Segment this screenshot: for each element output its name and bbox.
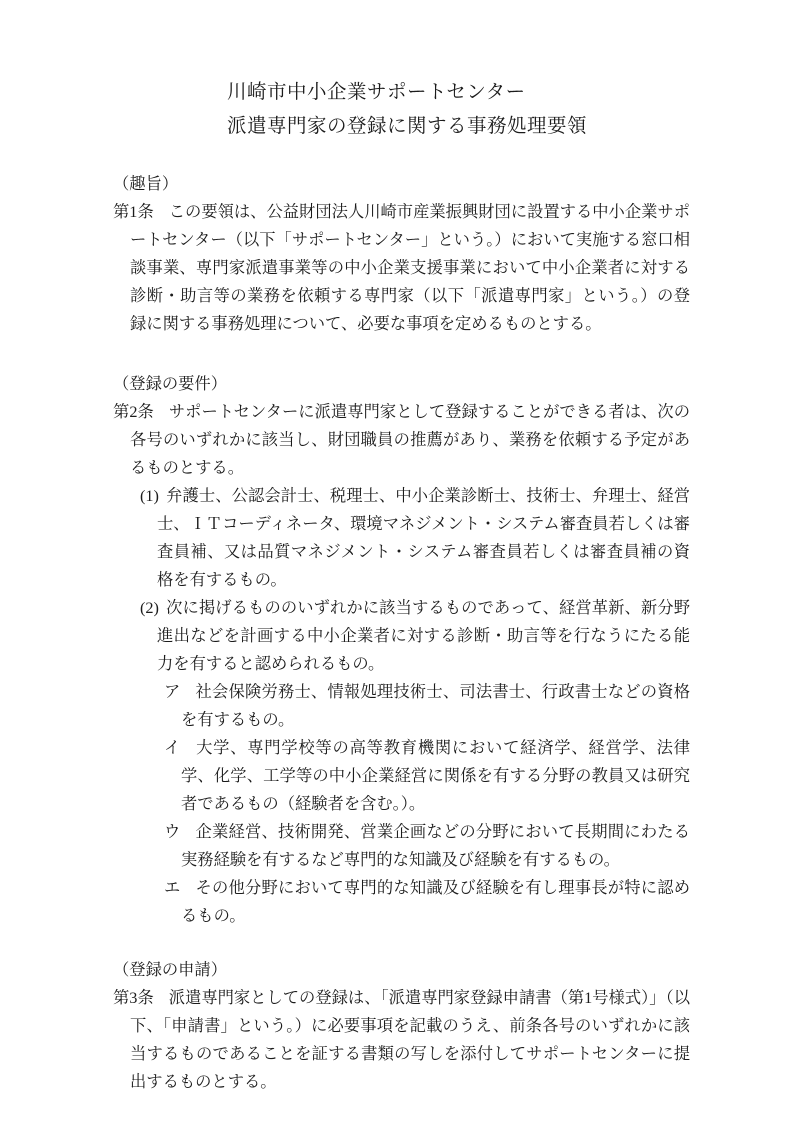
article-3: 第3条派遣専門家としての登録は、「派遣専門家登録申請書（第1号様式）」（以下、「… [113,984,690,1096]
article-2-number: 第2条 [113,402,154,421]
article-2-item-1-number: (1) [140,486,159,505]
article-2-item-1-text: 弁護士、公認会計士、税理士、中小企業診断士、技術士、弁理士、経営士、ＩＴコーディ… [157,486,690,589]
article-2-subitem-u-text: 企業経営、技術開発、営業企画などの分野において長期間にわたる実務経験を有するなど… [181,822,690,869]
article-1: 第1条この要領は、公益財団法人川崎市産業振興財団に設置する中小企業サポートセンタ… [113,198,690,338]
article-3-text: 派遣専門家としての登録は、「派遣専門家登録申請書（第1号様式）」（以下、「申請書… [130,988,690,1091]
section-heading-application: （登録の申請） [113,956,690,984]
document-title-line-1: 川崎市中小企業サポートセンター [227,76,690,110]
article-2-item-2-text: 次に掲げるもののいずれかに該当するものであって、経営革新、新分野進出などを計画す… [157,598,690,673]
article-1-number: 第1条 [113,202,154,221]
section-heading-purpose: （趣旨） [113,170,690,198]
article-2-subitem-e: エその他分野において専門的な知識及び経験を有し理事長が特に認めるもの。 [113,874,690,930]
article-2-item-2-number: (2) [140,598,159,617]
article-2-subitem-a-text: 社会保険労務士、情報処理技術士、司法書士、行政書士などの資格を有するもの。 [181,682,690,729]
document-page: 川崎市中小企業サポートセンター 派遣専門家の登録に関する事務処理要領 （趣旨） … [0,0,800,1132]
article-2-subitem-e-marker: エ [164,878,181,897]
article-2-item-2: (2)次に掲げるもののいずれかに該当するものであって、経営革新、新分野進出などを… [113,594,690,678]
article-2-subitem-u: ウ企業経営、技術開発、営業企画などの分野において長期間にわたる実務経験を有するな… [113,818,690,874]
document-title-line-2: 派遣専門家の登録に関する事務処理要領 [227,110,690,144]
article-2-subitem-e-text: その他分野において専門的な知識及び経験を有し理事長が特に認めるもの。 [181,878,690,925]
article-1-text: この要領は、公益財団法人川崎市産業振興財団に設置する中小企業サポートセンター（以… [130,202,690,333]
article-2-subitem-a-marker: ア [164,682,181,701]
article-2-subitem-a: ア社会保険労務士、情報処理技術士、司法書士、行政書士などの資格を有するもの。 [113,678,690,734]
article-2-subitem-i: イ大学、専門学校等の高等教育機関において経済学、経営学、法律学、化学、工学等の中… [113,734,690,818]
article-2-item-1: (1)弁護士、公認会計士、税理士、中小企業診断士、技術士、弁理士、経営士、ＩＴコ… [113,482,690,594]
article-2-subitem-u-marker: ウ [164,822,181,841]
section-heading-requirements: （登録の要件） [113,370,690,398]
article-3-number: 第3条 [113,988,154,1007]
document-title: 川崎市中小企業サポートセンター 派遣専門家の登録に関する事務処理要領 [227,76,690,144]
article-2: 第2条サポートセンターに派遣専門家として登録することができる者は、次の各号のいず… [113,398,690,482]
article-2-text: サポートセンターに派遣専門家として登録することができる者は、次の各号のいずれかに… [130,402,690,477]
article-2-subitem-i-marker: イ [164,738,181,757]
article-2-subitem-i-text: 大学、専門学校等の高等教育機関において経済学、経営学、法律学、化学、工学等の中小… [181,738,690,813]
